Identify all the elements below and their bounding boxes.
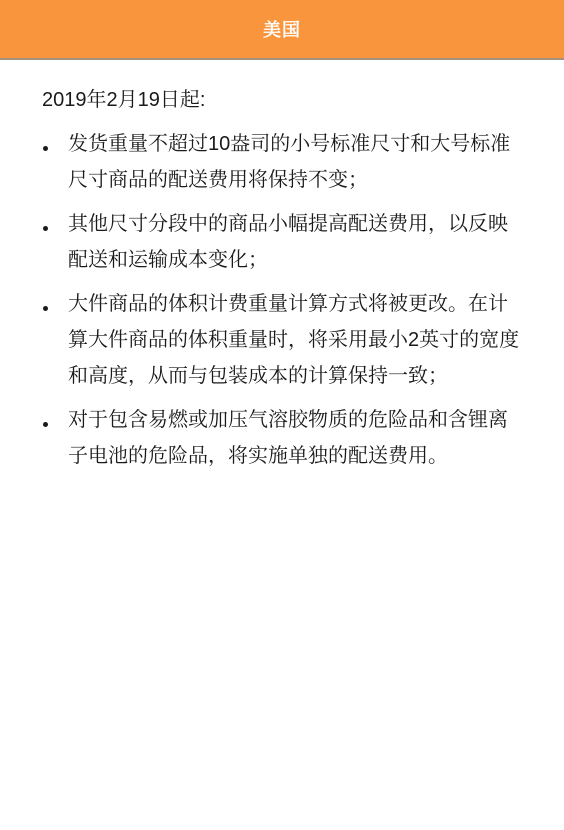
bullet-text: 发货重量不超过10盎司的小号标准尺寸和大号标准尺寸商品的配送费用将保持不变； xyxy=(68,133,510,191)
bullet-text: 大件商品的体积计费重量计算方式将被更改。在计算大件商品的体积重量时，将采用最小2… xyxy=(68,293,519,387)
country-tab-label: 美国 xyxy=(263,16,301,42)
bullet-item: 其他尺寸分段中的商品小幅提高配送费用，以反映配送和运输成本变化； xyxy=(42,206,522,278)
bullet-text: 其他尺寸分段中的商品小幅提高配送费用，以反映配送和运输成本变化； xyxy=(68,213,508,271)
bullet-dot xyxy=(43,146,48,151)
bullet-item: 发货重量不超过10盎司的小号标准尺寸和大号标准尺寸商品的配送费用将保持不变； xyxy=(42,126,522,198)
bullet-dot xyxy=(43,422,48,427)
bullet-dot xyxy=(43,306,48,311)
effective-date-line: 2019年2月19日起: xyxy=(42,82,522,118)
policy-bullet-list: 发货重量不超过10盎司的小号标准尺寸和大号标准尺寸商品的配送费用将保持不变； 其… xyxy=(42,126,522,474)
bullet-item: 对于包含易燃或加压气溶胶物质的危险品和含锂离子电池的危险品，将实施单独的配送费用… xyxy=(42,402,522,474)
content-area: 2019年2月19日起: 发货重量不超过10盎司的小号标准尺寸和大号标准尺寸商品… xyxy=(0,60,564,474)
bullet-text: 对于包含易燃或加压气溶胶物质的危险品和含锂离子电池的危险品，将实施单独的配送费用… xyxy=(68,409,508,467)
bullet-dot xyxy=(43,226,48,231)
country-tab-header[interactable]: 美国 xyxy=(0,0,564,60)
bullet-item: 大件商品的体积计费重量计算方式将被更改。在计算大件商品的体积重量时，将采用最小2… xyxy=(42,286,522,394)
